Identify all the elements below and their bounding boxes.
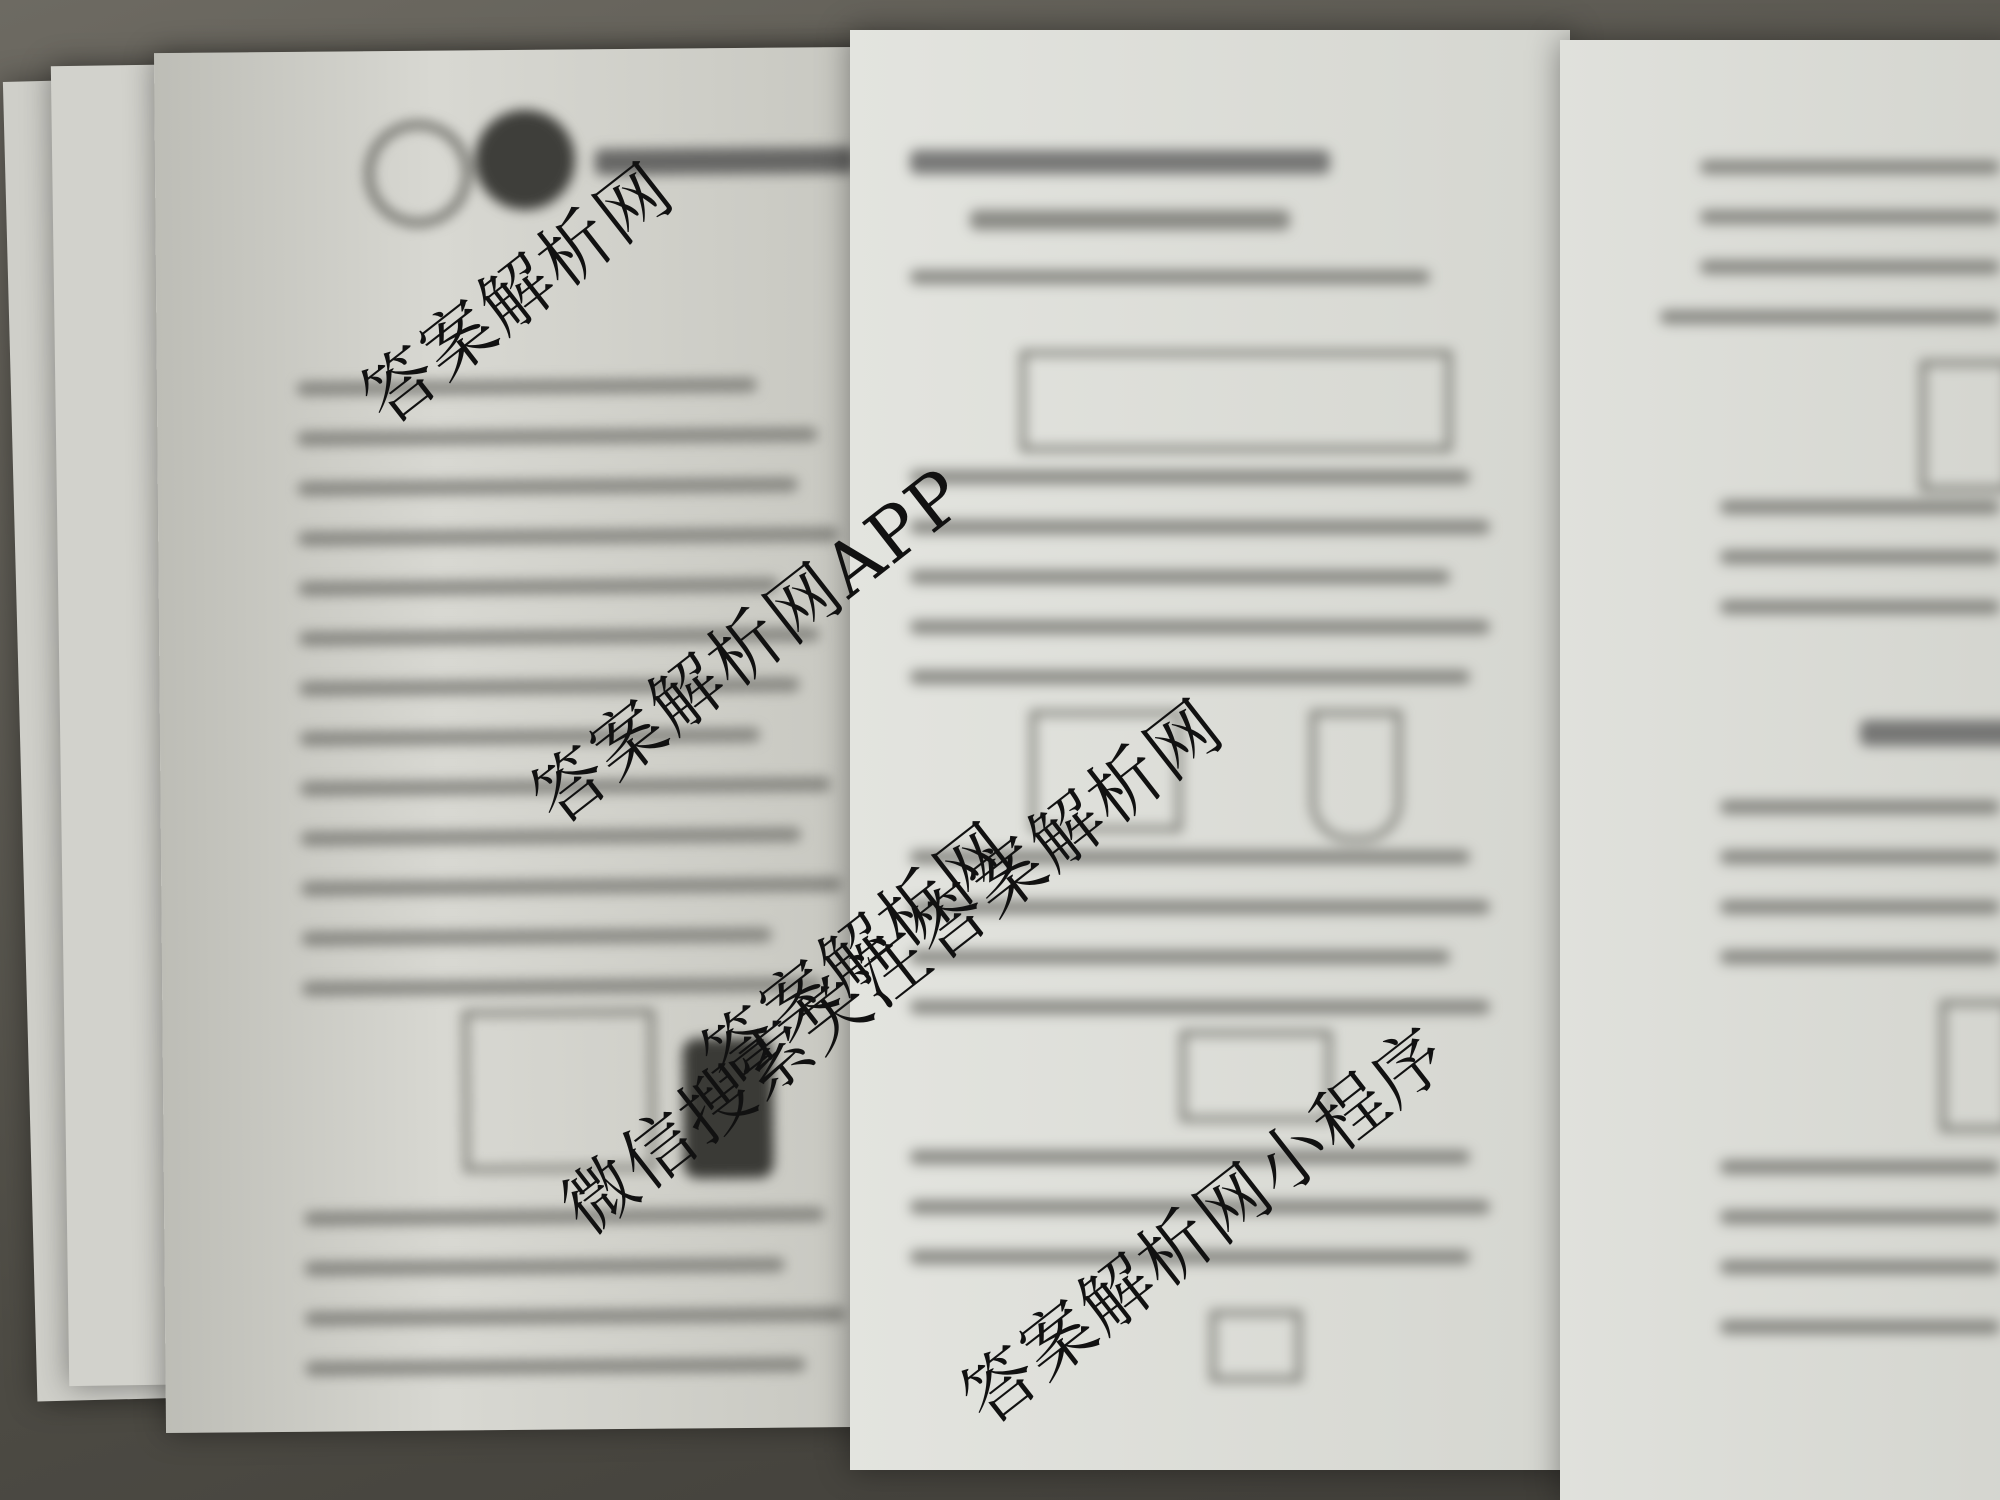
- exam-page-far-right: [1560, 40, 2000, 1500]
